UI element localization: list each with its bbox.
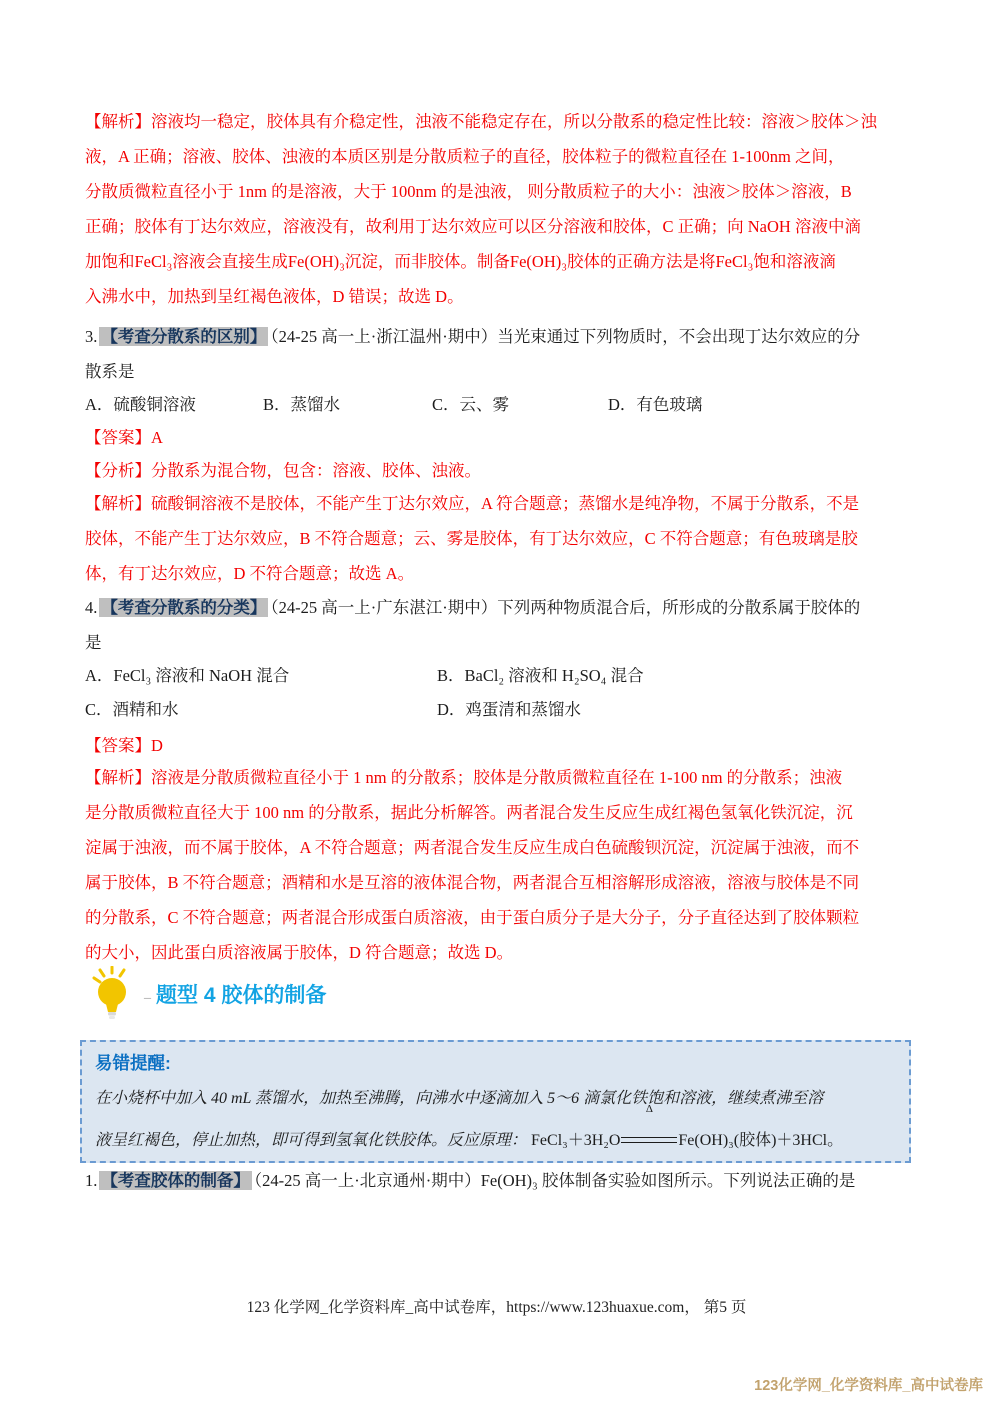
- explanation-line: 【解析】硫酸铜溶液不是胶体，不能产生丁达尔效应，A 符合题意；蒸馏水是纯净物，不…: [85, 486, 925, 521]
- exam-document-page: 【解析】溶液均一稳定，胶体具有介稳定性，浊液不能稳定存在，所以分散系的稳定性比较…: [0, 0, 993, 1404]
- question-3-stem: 3.【考查分散系的区别】（24-25 高一上·浙江温州·期中）当光束通过下列物质…: [85, 319, 925, 389]
- equation-rhs: Fe(OH)₃(胶体)＋3HCl。: [678, 1132, 843, 1149]
- question-stem-line: 4.【考查分散系的分类】（24-25 高一上·广东湛江·期中）下列两种物质混合后…: [85, 590, 925, 625]
- question-number: 3.: [85, 327, 97, 346]
- option-c: C．酒精和水: [85, 693, 437, 727]
- explanation-line: 加饱和FeCl₃溶液会直接生成Fe(OH)₃沉淀，而非胶体。制备Fe(OH)₃胶…: [85, 244, 925, 279]
- question-stem-line: 散系是: [85, 354, 925, 389]
- question-number: 1.: [85, 1171, 97, 1190]
- section-header: _ 题型 4 胶体的制备: [88, 966, 326, 1022]
- explanation-line: 【解析】溶液是分散质微粒直径小于 1 nm 的分散系；胶体是分散质微粒直径在 1…: [85, 760, 925, 795]
- tip-box: 易错提醒: 在小烧杯中加入 40 mL 蒸馏水，加热至沸腾，向沸水中逐滴加入 5…: [80, 1040, 911, 1163]
- question-stem-text: （24-25 高一上·浙江温州·期中）当光束通过下列物质时，不会出现丁达尔效应的…: [270, 327, 860, 346]
- question-number: 4.: [85, 598, 97, 617]
- option-d: D．鸡蛋清和蒸馏水: [437, 693, 925, 727]
- question-4-options: A．FeCl₃ 溶液和 NaOH 混合 B．BaCl₂ 溶液和 H₂SO₄ 混合…: [85, 659, 925, 727]
- site-watermark: 123化学网_化学资料库_高中试卷库: [754, 1374, 983, 1395]
- explanation-line: 入沸水中，加热到呈红褐色液体，D 错误；故选 D。: [85, 279, 925, 314]
- explanation-line: 胶体，不能产生丁达尔效应，B 不符合题意；云、雾是胶体，有丁达尔效应，C 不符合…: [85, 521, 925, 556]
- page-footer: 123 化学网_化学资料库_高中试卷库，https://www.123huaxu…: [0, 1294, 993, 1322]
- q3-answer-line: 【答案】A: [85, 420, 163, 455]
- q4-answer-line: 【答案】D: [85, 728, 163, 763]
- question-4-stem: 4.【考查分散系的分类】（24-25 高一上·广东湛江·期中）下列两种物质混合后…: [85, 590, 925, 660]
- equation-lhs: FeCl₃＋3H₂O: [531, 1132, 620, 1149]
- explanation-line: 正确；胶体有丁达尔效应，溶液没有，故利用丁达尔效应可以区分溶液和胶体，C 正确；…: [85, 209, 925, 244]
- delta-symbol: Δ: [646, 1104, 653, 1115]
- question-stem-line: 3.【考查分散系的区别】（24-25 高一上·浙江温州·期中）当光束通过下列物质…: [85, 319, 925, 354]
- section-title: 题型 4 胶体的制备: [156, 979, 326, 1009]
- equation-condition: Δ: [621, 1119, 677, 1159]
- option-c: C．云、雾: [432, 388, 608, 422]
- option-b: B．BaCl₂ 溶液和 H₂SO₄ 混合: [437, 659, 925, 693]
- question-topic-tag: 【考查胶体的制备】: [99, 1171, 252, 1190]
- explanation-line: 液，A 正确；溶液、胶体、浊液的本质区别是分散质粒子的直径，胶体粒子的微粒直径在…: [85, 139, 925, 174]
- lightbulb-icon: [88, 966, 138, 1022]
- q3-explanation-paragraph: 【解析】硫酸铜溶液不是胶体，不能产生丁达尔效应，A 符合题意；蒸馏水是纯净物，不…: [85, 486, 925, 591]
- underscore-mark: _: [144, 986, 150, 1002]
- tip-box-line: 液呈红褐色，停止加热，即可得到氢氧化铁胶体。反应原理： FeCl₃＋3H₂OΔF…: [95, 1119, 896, 1161]
- double-bond-line: [621, 1137, 677, 1143]
- q3-analysis-line: 【分析】分散系为混合物，包含：溶液、胶体、浊液。: [85, 453, 481, 488]
- tip-box-line: 在小烧杯中加入 40 mL 蒸馏水，加热至沸腾，向沸水中逐滴加入 5～6 滴氯化…: [95, 1079, 896, 1119]
- q2-explanation-paragraph: 【解析】溶液均一稳定，胶体具有介稳定性，浊液不能稳定存在，所以分散系的稳定性比较…: [85, 104, 925, 314]
- question-stem-text: （24-25 高一上·广东湛江·期中）下列两种物质混合后，所形成的分散系属于胶体…: [270, 598, 860, 617]
- question-stem-text: （24-25 高一上·北京通州·期中）Fe(OH)₃ 胶体制备实验如图所示。下列…: [254, 1171, 856, 1190]
- q4-explanation-paragraph: 【解析】溶液是分散质微粒直径小于 1 nm 的分散系；胶体是分散质微粒直径在 1…: [85, 760, 925, 970]
- question-stem-line: 是: [85, 625, 925, 660]
- question-topic-tag: 【考查分散系的分类】: [99, 598, 268, 617]
- explanation-line: 属于胶体，B 不符合题意；酒精和水是互溶的液体混合物，两者混合互相溶解形成溶液，…: [85, 865, 925, 900]
- explanation-line: 淀属于浊液，而不属于胶体，A 不符合题意；两者混合发生反应生成白色硫酸钡沉淀，沉…: [85, 830, 925, 865]
- option-d: D．有色玻璃: [608, 388, 925, 422]
- option-a: A．FeCl₃ 溶液和 NaOH 混合: [85, 659, 437, 693]
- question-1-stem: 1.【考查胶体的制备】（24-25 高一上·北京通州·期中）Fe(OH)₃ 胶体…: [85, 1163, 925, 1198]
- explanation-line: 体，有丁达尔效应，D 不符合题意；故选 A。: [85, 556, 925, 591]
- option-b: B．蒸馏水: [263, 388, 432, 422]
- explanation-line: 的大小，因此蛋白质溶液属于胶体，D 符合题意；故选 D。: [85, 935, 925, 970]
- question-3-options: A．硫酸铜溶液 B．蒸馏水 C．云、雾 D．有色玻璃: [85, 388, 925, 422]
- explanation-line: 的分散系，C 不符合题意；两者混合形成蛋白质溶液，由于蛋白质分子是大分子，分子直…: [85, 900, 925, 935]
- explanation-line: 是分散质微粒直径大于 100 nm 的分散系，据此分析解答。两者混合发生反应生成…: [85, 795, 925, 830]
- explanation-line: 【解析】溶液均一稳定，胶体具有介稳定性，浊液不能稳定存在，所以分散系的稳定性比较…: [85, 104, 925, 139]
- explanation-line: 分散质微粒直径小于 1nm 的是溶液，大于 100nm 的是浊液， 则分散质粒子…: [85, 174, 925, 209]
- tip-box-title: 易错提醒:: [95, 1050, 896, 1075]
- tip-text: 液呈红褐色，停止加热，即可得到氢氧化铁胶体。反应原理：: [95, 1132, 531, 1149]
- option-a: A．硫酸铜溶液: [85, 388, 263, 422]
- question-topic-tag: 【考查分散系的区别】: [99, 327, 268, 346]
